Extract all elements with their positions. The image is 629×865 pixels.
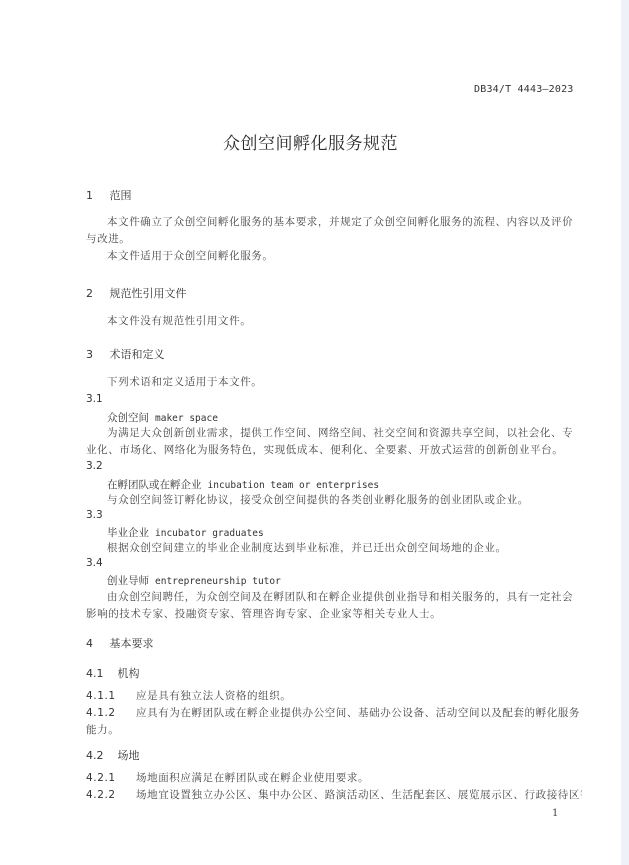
- subsection-4-2-heading: 4.2 场地: [86, 747, 140, 763]
- section-number: 3: [86, 348, 106, 361]
- doc-code: DB34/T 4443—2023: [474, 84, 574, 95]
- clause-number: 4.1.2: [86, 705, 136, 722]
- clause: 4.2.1场地面积应满足在孵团队或在孵企业使用要求。: [86, 770, 369, 787]
- term-en: maker space: [155, 413, 218, 424]
- term-definition: 与众创空间签订孵化协议，接受众创空间提供的各类创业孵化服务的创业团队或企业。: [86, 492, 582, 509]
- term-number: 3.3: [86, 509, 103, 521]
- clause-number: 4.2.2: [86, 787, 136, 804]
- section-title: 术语和定义: [110, 348, 165, 361]
- section-title: 基本要求: [110, 637, 154, 650]
- clause-text: 场地宜设置独立办公区、集中办公区、路演活动区、生活配套区、展览展示区、行政接待区…: [136, 789, 582, 801]
- section-1-heading: 1 范围: [86, 187, 132, 203]
- subsection-number: 4.2: [86, 749, 114, 762]
- clause-text: 应是具有独立法人资格的组织。: [136, 690, 291, 702]
- subsection-title: 场地: [118, 749, 140, 762]
- term-definition: 由众创空间聘任，为众创空间及在孵团队和在孵企业提供创业指导和相关服务的，具有一定…: [86, 589, 582, 623]
- term-number: 3.2: [86, 460, 103, 472]
- section-4-heading: 4 基本要求: [86, 635, 154, 651]
- clause-number: 4.2.1: [86, 770, 136, 787]
- viewer-side-strip: [621, 0, 629, 865]
- clause: 4.2.2场地宜设置独立办公区、集中办公区、路演活动区、生活配套区、展览展示区、…: [86, 787, 582, 804]
- term-zh: 创业导师: [107, 575, 149, 587]
- paragraph: 本文件没有规范性引用文件。: [86, 313, 582, 330]
- term-en: incubation team or enterprises: [208, 480, 380, 491]
- term-en: incubator graduates: [155, 528, 264, 539]
- term-definition: 为满足大众创新创业需求，提供工作空间、网络空间、社交空间和资源共享空间，以社会化…: [86, 425, 582, 459]
- page-number: 1: [552, 808, 558, 819]
- paragraph: 下列术语和定义适用于本文件。: [86, 374, 582, 391]
- clause-number: 4.1.1: [86, 688, 136, 705]
- section-number: 1: [86, 189, 106, 202]
- paragraph: 本文件确立了众创空间孵化服务的基本要求，并规定了众创空间孵化服务的流程、内容以及…: [86, 214, 582, 248]
- clause-text: 应具有为在孵团队或在孵企业提供办公空间、基础办公设备、活动空间以及配套的孵化服务…: [86, 707, 580, 736]
- document-page: DB34/T 4443—2023 众创空间孵化服务规范 1 范围 本文件确立了众…: [0, 0, 621, 865]
- clause: 4.1.2应具有为在孵团队或在孵企业提供办公空间、基础办公设备、活动空间以及配套…: [86, 705, 582, 739]
- term-zh: 众创空间: [107, 412, 149, 424]
- term-zh: 毕业企业: [107, 527, 149, 539]
- section-title: 范围: [110, 189, 132, 202]
- clause: 4.1.1应是具有独立法人资格的组织。: [86, 688, 291, 705]
- subsection-4-1-heading: 4.1 机构: [86, 665, 140, 681]
- page-title: 众创空间孵化服务规范: [0, 129, 621, 154]
- term-number: 3.4: [86, 557, 103, 569]
- subsection-title: 机构: [118, 667, 140, 680]
- term-en: entrepreneurship tutor: [155, 576, 281, 587]
- term-zh: 在孵团队或在孵企业: [107, 479, 202, 491]
- section-number: 2: [86, 287, 106, 300]
- clause-text: 场地面积应满足在孵团队或在孵企业使用要求。: [136, 772, 369, 784]
- term-heading: 创业导师entrepreneurship tutor: [107, 573, 281, 588]
- term-heading: 众创空间maker space: [107, 410, 218, 425]
- term-heading: 毕业企业incubator graduates: [107, 525, 264, 540]
- section-3-heading: 3 术语和定义: [86, 346, 165, 362]
- section-number: 4: [86, 637, 106, 650]
- term-number: 3.1: [86, 393, 103, 405]
- paragraph: 本文件适用于众创空间孵化服务。: [86, 248, 582, 265]
- section-title: 规范性引用文件: [110, 287, 187, 300]
- subsection-number: 4.1: [86, 667, 114, 680]
- term-heading: 在孵团队或在孵企业incubation team or enterprises: [107, 477, 379, 492]
- section-2-heading: 2 规范性引用文件: [86, 285, 187, 301]
- term-definition: 根据众创空间建立的毕业企业制度达到毕业标准，并已迁出众创空间场地的企业。: [86, 540, 582, 557]
